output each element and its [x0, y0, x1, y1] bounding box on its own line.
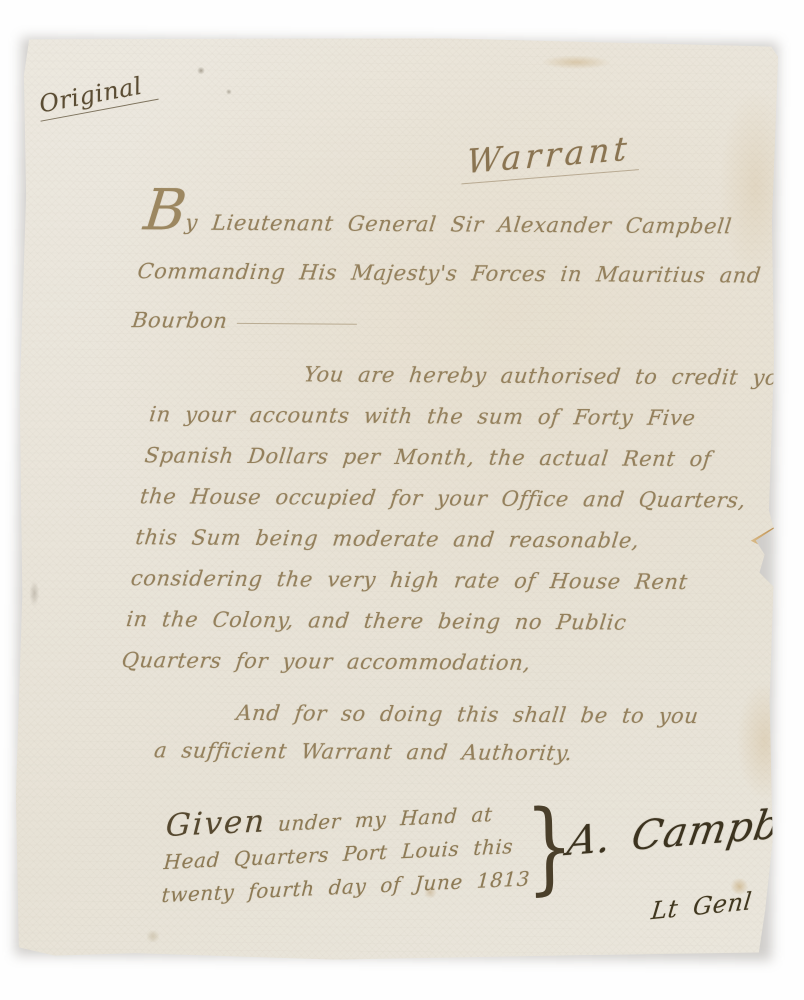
dateline-block: Givenunder my Hand at Head Quarters Port…	[161, 793, 535, 912]
closing-paragraph: And for so doing this shall be to you a …	[132, 693, 701, 773]
preamble-paragraph: By Lieutenant General Sir Alexander Camp…	[129, 198, 769, 349]
stain	[29, 580, 39, 606]
manuscript-word: Bourbon	[129, 296, 230, 346]
manuscript-words: under my Hand at	[277, 802, 493, 836]
manuscript-line: Quarters for your accommodation,	[119, 640, 804, 686]
signature-rank: Lt Genl	[650, 887, 754, 925]
body-paragraph: You are hereby authorised to credit your…	[119, 353, 804, 686]
stain	[541, 55, 611, 69]
manuscript-line: Bourbon	[129, 296, 758, 349]
manuscript-line: in the Colony, and there being no Public	[124, 599, 804, 645]
manuscript-line: a sufficient Warrant and Authority.	[132, 731, 696, 773]
document-title: Warrant	[461, 128, 641, 185]
manuscript-line: By Lieutenant General Sir Alexander Camp…	[140, 198, 769, 251]
stain	[145, 930, 161, 942]
manuscript-line: You are hereby authorised to credit your…	[152, 353, 804, 399]
manuscript-line: Spanish Dollars per Month, the actual Re…	[142, 435, 804, 481]
manuscript-line: considering the very high rate of House …	[129, 558, 804, 604]
original-annotation: Original	[35, 69, 159, 122]
ink-speck	[226, 89, 232, 95]
ink-speck	[197, 67, 205, 75]
photo-background: Original Warrant By Lieutenant General S…	[0, 0, 804, 1000]
document-page: Original Warrant By Lieutenant General S…	[15, 35, 778, 962]
manuscript-line: And for so doing this shall be to you	[136, 693, 700, 735]
given-word: Given	[165, 803, 268, 844]
signature: A. Campbell	[564, 797, 804, 865]
manuscript-line: in your accounts with the sum of Forty F…	[147, 394, 804, 440]
manuscript-line: Commanding His Majesty's Forces in Mauri…	[135, 247, 764, 300]
manuscript-line: this Sum being moderate and reasonable,	[133, 517, 804, 563]
manuscript-line: the House occupied for your Office and Q…	[138, 476, 804, 522]
stain	[736, 680, 793, 800]
flourish-line	[237, 323, 357, 325]
